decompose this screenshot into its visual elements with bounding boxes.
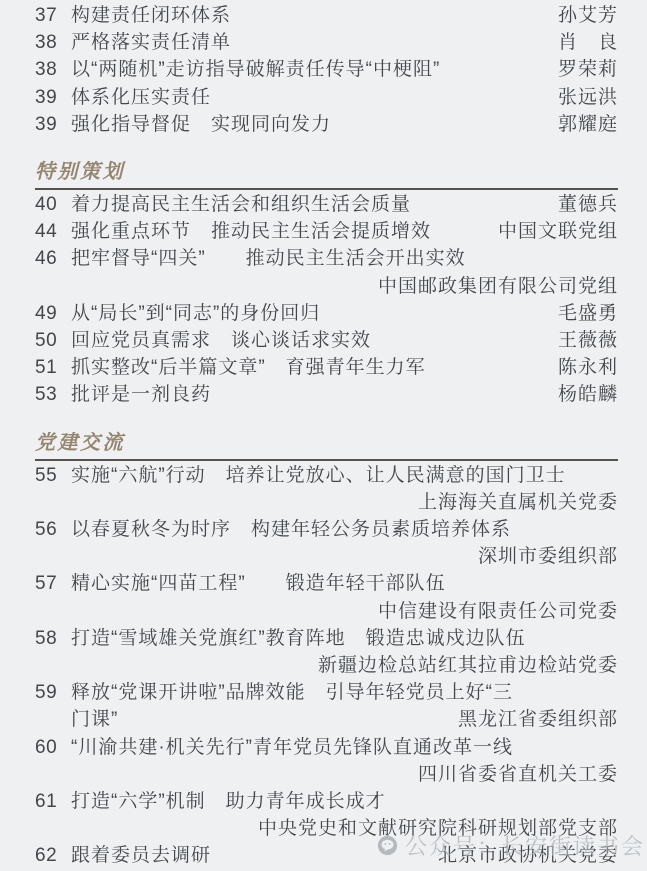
page-number: 49 bbox=[35, 300, 71, 327]
page-number: 37 bbox=[35, 2, 71, 29]
toc-entry-author-row: 四川省委省直机关工委 bbox=[35, 761, 618, 788]
article-author: 黑龙江省委组织部 bbox=[458, 706, 618, 733]
toc-entry: 39体系化压实责任张远洪 bbox=[35, 84, 618, 111]
section-title: 党建交流 bbox=[35, 432, 125, 454]
article-author: 上海海关直属机关党委 bbox=[418, 489, 618, 516]
toc-entry: 62跟着委员去调研北京市政协机关党委 bbox=[35, 842, 618, 869]
article-title: 从“局长”到“同志”的身份回归 bbox=[71, 300, 548, 327]
toc-entry: 44强化重点环节 推动民主生活会提质增效中国文联党组 bbox=[35, 218, 618, 245]
page-number: 60 bbox=[35, 734, 71, 761]
article-author: 四川省委省直机关工委 bbox=[418, 761, 618, 788]
section-header: 党建交流 bbox=[35, 431, 618, 461]
article-author: 深圳市委组织部 bbox=[478, 543, 618, 570]
article-title: 实施“六航”行动 培养让党放心、让人民满意的国门卫士 bbox=[71, 462, 618, 489]
article-title: 以“两随机”走访指导破解责任传导“中梗阻” bbox=[71, 56, 548, 83]
article-title: 强化指导督促 实现同向发力 bbox=[71, 111, 548, 138]
toc-entry: 38严格落实责任清单肖 良 bbox=[35, 29, 618, 56]
article-title: 跟着委员去调研 bbox=[71, 842, 428, 869]
article-author: 毛盛勇 bbox=[558, 300, 618, 327]
toc-entry: 39强化指导督促 实现同向发力郭耀庭 bbox=[35, 111, 618, 138]
page-number: 58 bbox=[35, 625, 71, 652]
article-author: 罗荣莉 bbox=[558, 56, 618, 83]
article-author: 郭耀庭 bbox=[558, 111, 618, 138]
page-number: 61 bbox=[35, 788, 71, 815]
toc-entry: 58打造“雪域雄关党旗红”教育阵地 锻造忠诚戍边队伍 bbox=[35, 625, 618, 652]
page-number: 38 bbox=[35, 29, 71, 56]
toc-entry-author-row: 中国邮政集团有限公司党组 bbox=[35, 273, 618, 300]
article-author: 杨皓麟 bbox=[558, 381, 618, 408]
page-number: 62 bbox=[35, 842, 71, 869]
toc-entry: 56以春夏秋冬为时序 构建年轻公务员素质培养体系 bbox=[35, 516, 618, 543]
article-title: 着力提高民主生活会和组织生活会质量 bbox=[71, 191, 548, 218]
page-number: 51 bbox=[35, 354, 71, 381]
article-title: 体系化压实责任 bbox=[71, 84, 548, 111]
article-title: “川渝共建·机关先行”青年党员先锋队直通改革一线 bbox=[71, 734, 618, 761]
article-author: 王薇薇 bbox=[558, 327, 618, 354]
page-number: 39 bbox=[35, 84, 71, 111]
toc-entry: 40着力提高民主生活会和组织生活会质量董德兵 bbox=[35, 191, 618, 218]
article-title: 严格落实责任清单 bbox=[71, 29, 548, 56]
article-author: 张远洪 bbox=[558, 84, 618, 111]
article-title-continuation: 门课” bbox=[71, 706, 448, 733]
toc-entry-continuation: 门课”黑龙江省委组织部 bbox=[35, 706, 618, 733]
toc-entry: 46把牢督导“四关” 推动民主生活会开出实效 bbox=[35, 245, 618, 272]
toc-entry: 59释放“党课开讲啦”品牌效能 引导年轻党员上好“三 bbox=[35, 679, 618, 706]
toc-entry: 49从“局长”到“同志”的身份回归毛盛勇 bbox=[35, 300, 618, 327]
article-author: 中国邮政集团有限公司党组 bbox=[378, 273, 618, 300]
page-number: 40 bbox=[35, 191, 71, 218]
article-title: 构建责任闭环体系 bbox=[71, 2, 548, 29]
toc-entry: 38以“两随机”走访指导破解责任传导“中梗阻”罗荣莉 bbox=[35, 56, 618, 83]
page-number: 46 bbox=[35, 245, 71, 272]
page-number: 57 bbox=[35, 570, 71, 597]
page-number: 59 bbox=[35, 679, 71, 706]
toc-entry-author-row: 中信建设有限责任公司党委 bbox=[35, 598, 618, 625]
article-author: 中国文联党组 bbox=[498, 218, 618, 245]
toc-entry: 60“川渝共建·机关先行”青年党员先锋队直通改革一线 bbox=[35, 734, 618, 761]
magazine-toc-page: 37构建责任闭环体系孙艾芳38严格落实责任清单肖 良38以“两随机”走访指导破解… bbox=[0, 0, 647, 871]
article-author: 中央党史和文献研究院科研规划部党支部 bbox=[258, 815, 618, 842]
article-title: 抓实整改“后半篇文章” 育强青年生力军 bbox=[71, 354, 548, 381]
article-author: 肖 良 bbox=[558, 29, 618, 56]
article-author: 北京市政协机关党委 bbox=[438, 842, 618, 869]
article-title: 以春夏秋冬为时序 构建年轻公务员素质培养体系 bbox=[71, 516, 618, 543]
toc-entry: 51抓实整改“后半篇文章” 育强青年生力军陈永利 bbox=[35, 354, 618, 381]
article-title: 释放“党课开讲啦”品牌效能 引导年轻党员上好“三 bbox=[71, 679, 618, 706]
article-author: 新疆边检总站红其拉甫边检站党委 bbox=[318, 652, 618, 679]
article-author: 孙艾芳 bbox=[558, 2, 618, 29]
article-author: 陈永利 bbox=[558, 354, 618, 381]
page-number: 39 bbox=[35, 111, 71, 138]
toc-entry: 50回应党员真需求 谈心谈话求实效王薇薇 bbox=[35, 327, 618, 354]
page-number: 44 bbox=[35, 218, 71, 245]
article-title: 回应党员真需求 谈心谈话求实效 bbox=[71, 327, 548, 354]
toc-entry: 57精心实施“四苗工程” 锻造年轻干部队伍 bbox=[35, 570, 618, 597]
toc-entry-author-row: 新疆边检总站红其拉甫边检站党委 bbox=[35, 652, 618, 679]
page-number: 56 bbox=[35, 516, 71, 543]
toc-entry: 37构建责任闭环体系孙艾芳 bbox=[35, 2, 618, 29]
toc-entry-author-row: 上海海关直属机关党委 bbox=[35, 489, 618, 516]
toc-entry: 55实施“六航”行动 培养让党放心、让人民满意的国门卫士 bbox=[35, 462, 618, 489]
toc-entry-author-row: 深圳市委组织部 bbox=[35, 543, 618, 570]
page-number: 53 bbox=[35, 381, 71, 408]
toc-entry: 61打造“六学”机制 助力青年成长成才 bbox=[35, 788, 618, 815]
page-number: 55 bbox=[35, 462, 71, 489]
section-title: 特别策划 bbox=[35, 161, 125, 183]
article-title: 批评是一剂良药 bbox=[71, 381, 548, 408]
toc-entry: 53批评是一剂良药杨皓麟 bbox=[35, 381, 618, 408]
toc-entry-author-row: 中央党史和文献研究院科研规划部党支部 bbox=[35, 815, 618, 842]
section-header: 特别策划 bbox=[35, 160, 618, 190]
article-title: 强化重点环节 推动民主生活会提质增效 bbox=[71, 218, 488, 245]
article-author: 中信建设有限责任公司党委 bbox=[378, 598, 618, 625]
page-number: 50 bbox=[35, 327, 71, 354]
article-title: 把牢督导“四关” 推动民主生活会开出实效 bbox=[71, 245, 618, 272]
page-number: 38 bbox=[35, 56, 71, 83]
article-title: 打造“六学”机制 助力青年成长成才 bbox=[71, 788, 618, 815]
table-of-contents: 37构建责任闭环体系孙艾芳38严格落实责任清单肖 良38以“两随机”走访指导破解… bbox=[0, 0, 647, 870]
article-title: 打造“雪域雄关党旗红”教育阵地 锻造忠诚戍边队伍 bbox=[71, 625, 618, 652]
article-author: 董德兵 bbox=[558, 191, 618, 218]
article-title: 精心实施“四苗工程” 锻造年轻干部队伍 bbox=[71, 570, 618, 597]
